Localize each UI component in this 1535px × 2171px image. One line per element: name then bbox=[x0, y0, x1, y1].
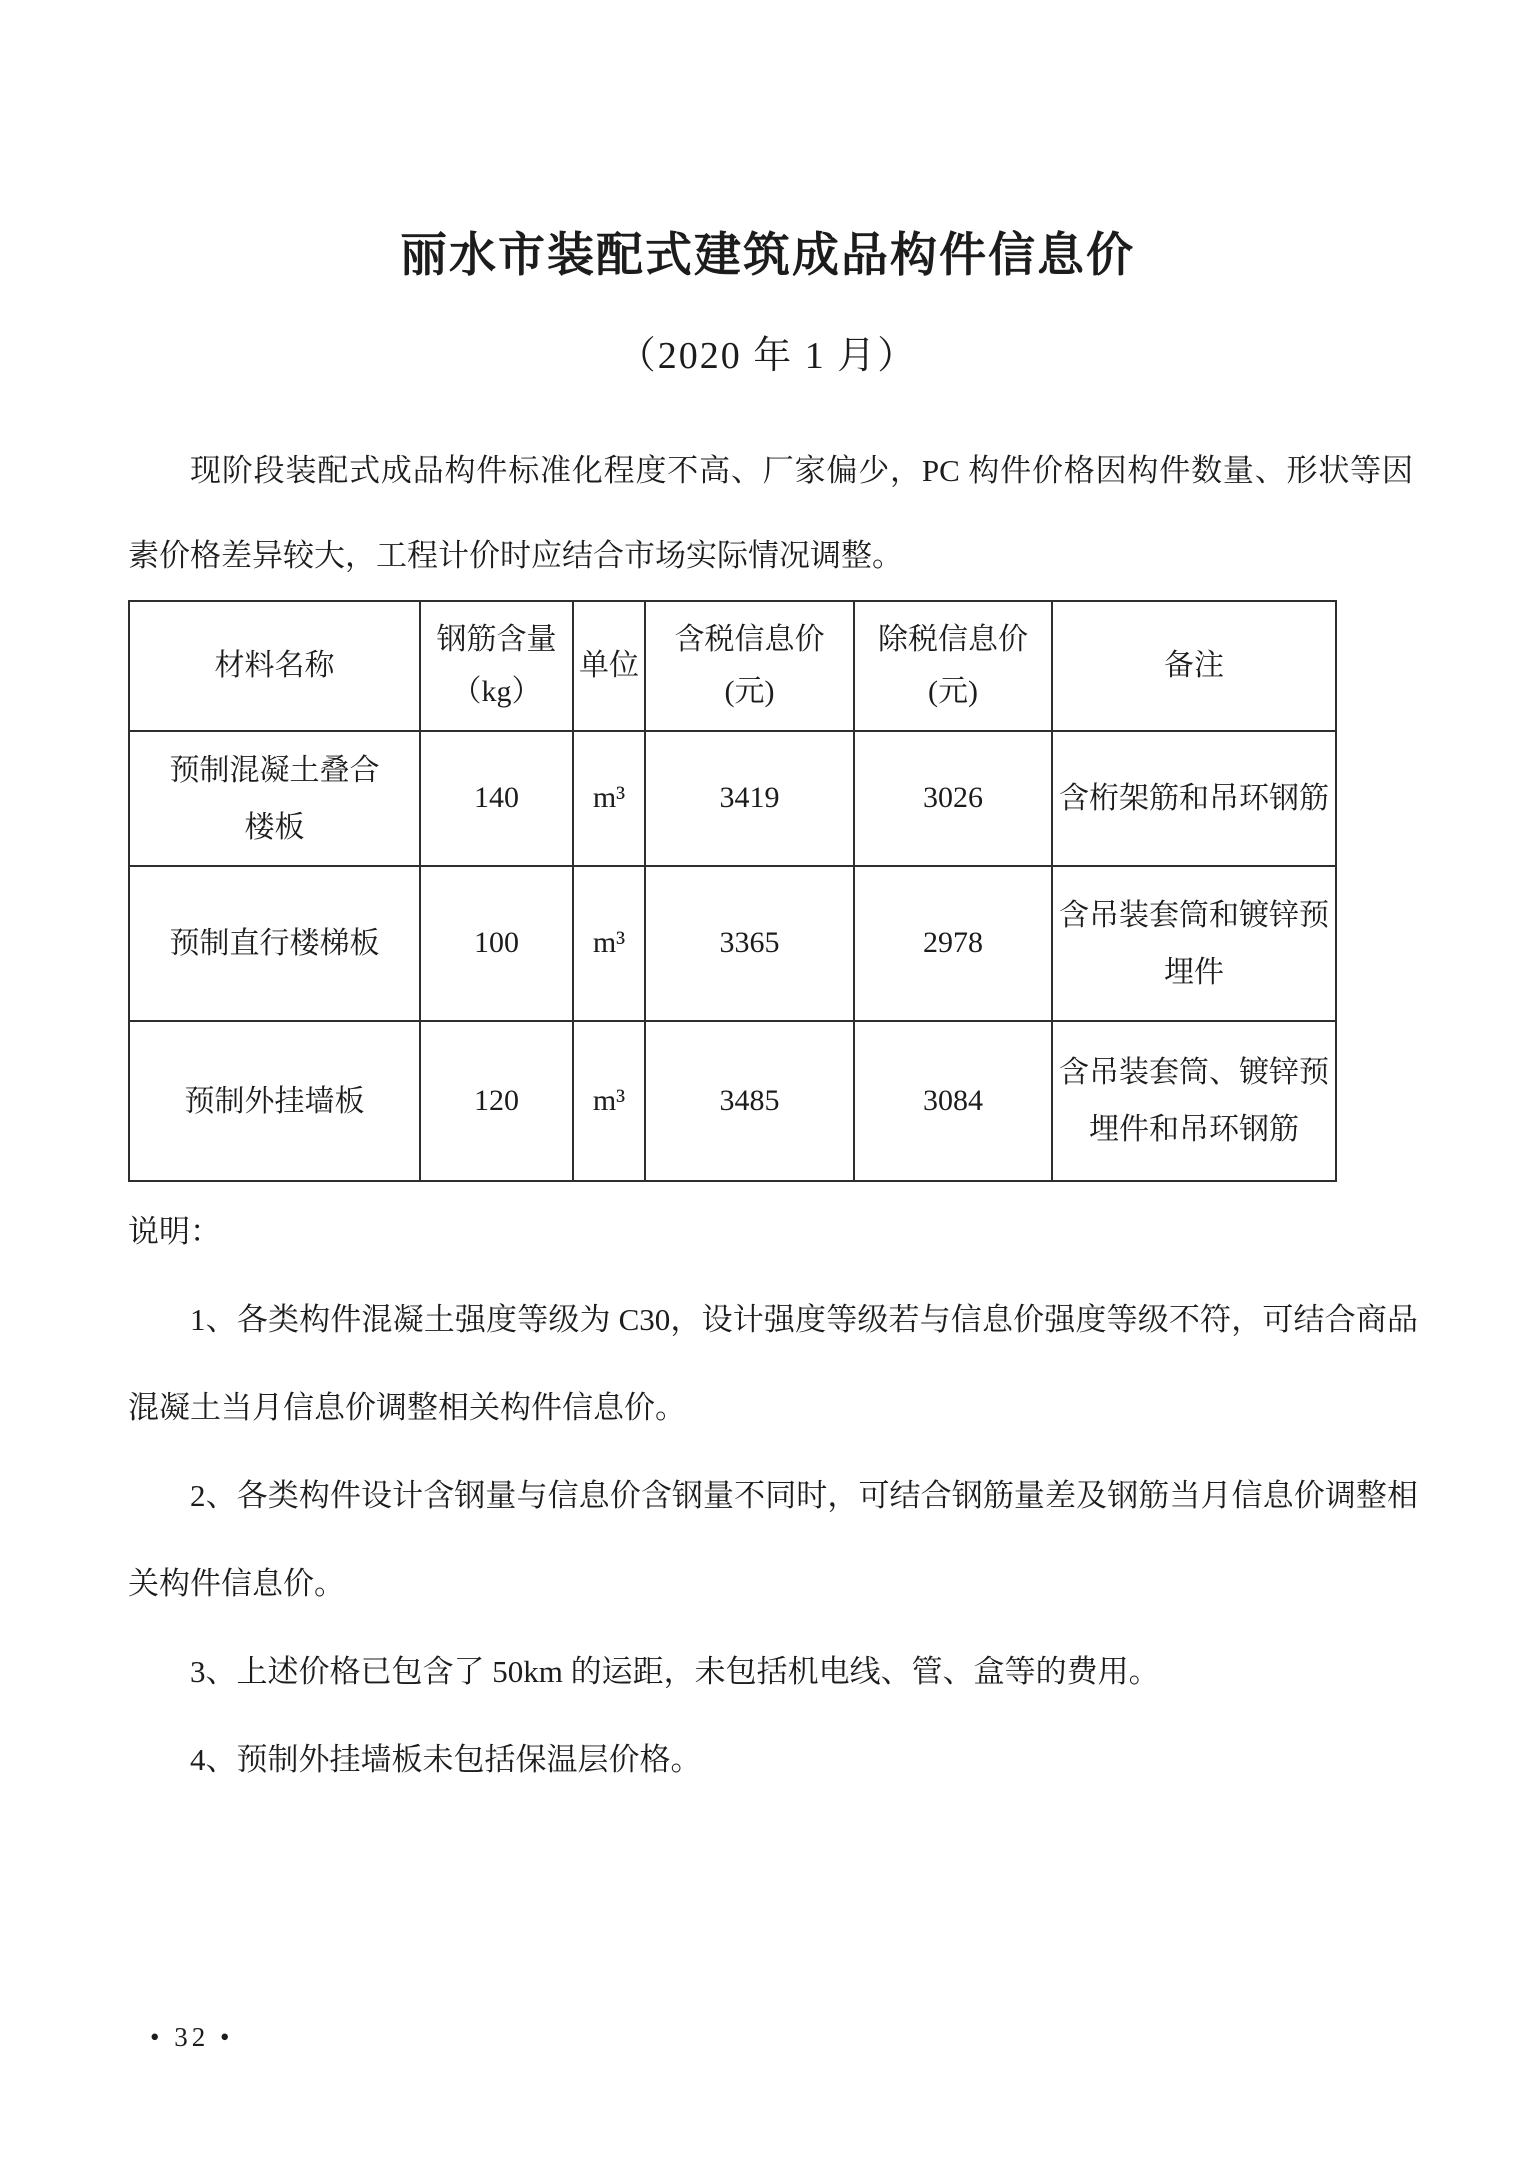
notes-label: 说明： bbox=[128, 1188, 1418, 1276]
cell-rebar-content: 120 bbox=[420, 1021, 573, 1181]
page-title: 丽水市装配式建筑成品构件信息价 bbox=[0, 218, 1535, 285]
header-no-tax-price: 除税信息价 (元) bbox=[854, 601, 1052, 731]
header-tax-price: 含税信息价 (元) bbox=[645, 601, 854, 731]
cell-unit: m³ bbox=[573, 1021, 645, 1181]
header-rebar-content-unit: （kg） bbox=[421, 666, 572, 719]
header-unit: 单位 bbox=[573, 601, 645, 731]
note-item-3: 3、上述价格已包含了 50km 的运距，未包括机电线、管、盒等的费用。 bbox=[128, 1628, 1418, 1716]
page-subtitle: （2020 年 1 月） bbox=[0, 324, 1535, 379]
note-item-1: 1、各类构件混凝土强度等级为 C30，设计强度等级若与信息价强度等级不符，可结合… bbox=[128, 1276, 1418, 1452]
header-unit-label: 单位 bbox=[574, 640, 644, 693]
cell-rebar-content: 140 bbox=[420, 731, 573, 866]
cell-remark: 含吊装套筒和镀锌预埋件 bbox=[1052, 866, 1336, 1021]
cell-no-tax-price: 3026 bbox=[854, 731, 1052, 866]
cell-no-tax-price: 2978 bbox=[854, 866, 1052, 1021]
cell-no-tax-price: 3084 bbox=[854, 1021, 1052, 1181]
header-no-tax-price-unit: (元) bbox=[855, 666, 1051, 719]
page-number: • 32 • bbox=[150, 2022, 233, 2053]
intro-paragraph: 现阶段装配式成品构件标准化程度不高、厂家偏少，PC 构件价格因构件数量、形状等因… bbox=[128, 428, 1413, 598]
cell-tax-price: 3365 bbox=[645, 866, 854, 1021]
cell-tax-price: 3485 bbox=[645, 1021, 854, 1181]
header-remark-label: 备注 bbox=[1053, 640, 1335, 693]
header-tax-price-label: 含税信息价 bbox=[646, 614, 853, 667]
table-row: 预制混凝土叠合楼板 140 m³ 3419 3026 含桁架筋和吊环钢筋 bbox=[129, 731, 1336, 866]
cell-remark: 含桁架筋和吊环钢筋 bbox=[1052, 731, 1336, 866]
header-rebar-content-label: 钢筋含量 bbox=[421, 614, 572, 667]
cell-material-name: 预制直行楼梯板 bbox=[129, 866, 420, 1021]
cell-material-name: 预制外挂墙板 bbox=[129, 1021, 420, 1181]
notes-section: 说明： 1、各类构件混凝土强度等级为 C30，设计强度等级若与信息价强度等级不符… bbox=[128, 1188, 1418, 1804]
cell-rebar-content: 100 bbox=[420, 866, 573, 1021]
cell-tax-price: 3419 bbox=[645, 731, 854, 866]
header-no-tax-price-label: 除税信息价 bbox=[855, 614, 1051, 667]
table-row: 预制外挂墙板 120 m³ 3485 3084 含吊装套筒、镀锌预埋件和吊环钢筋 bbox=[129, 1021, 1336, 1181]
note-item-2: 2、各类构件设计含钢量与信息价含钢量不同时，可结合钢筋量差及钢筋当月信息价调整相… bbox=[128, 1452, 1418, 1628]
note-item-4: 4、预制外挂墙板未包括保温层价格。 bbox=[128, 1716, 1418, 1804]
cell-unit: m³ bbox=[573, 731, 645, 866]
header-tax-price-unit: (元) bbox=[646, 666, 853, 719]
header-rebar-content: 钢筋含量 （kg） bbox=[420, 601, 573, 731]
table-row: 预制直行楼梯板 100 m³ 3365 2978 含吊装套筒和镀锌预埋件 bbox=[129, 866, 1336, 1021]
cell-material-name: 预制混凝土叠合楼板 bbox=[129, 731, 420, 866]
header-remark: 备注 bbox=[1052, 601, 1336, 731]
price-table: 材料名称 钢筋含量 （kg） 单位 含税信息价 (元) 除税信息价 (元) bbox=[128, 600, 1337, 1182]
table-header-row: 材料名称 钢筋含量 （kg） 单位 含税信息价 (元) 除税信息价 (元) bbox=[129, 601, 1336, 731]
cell-remark: 含吊装套筒、镀锌预埋件和吊环钢筋 bbox=[1052, 1021, 1336, 1181]
header-material-name-label: 材料名称 bbox=[130, 640, 419, 693]
header-material-name: 材料名称 bbox=[129, 601, 420, 731]
document-page: 丽水市装配式建筑成品构件信息价 （2020 年 1 月） 现阶段装配式成品构件标… bbox=[0, 0, 1535, 2171]
cell-unit: m³ bbox=[573, 866, 645, 1021]
